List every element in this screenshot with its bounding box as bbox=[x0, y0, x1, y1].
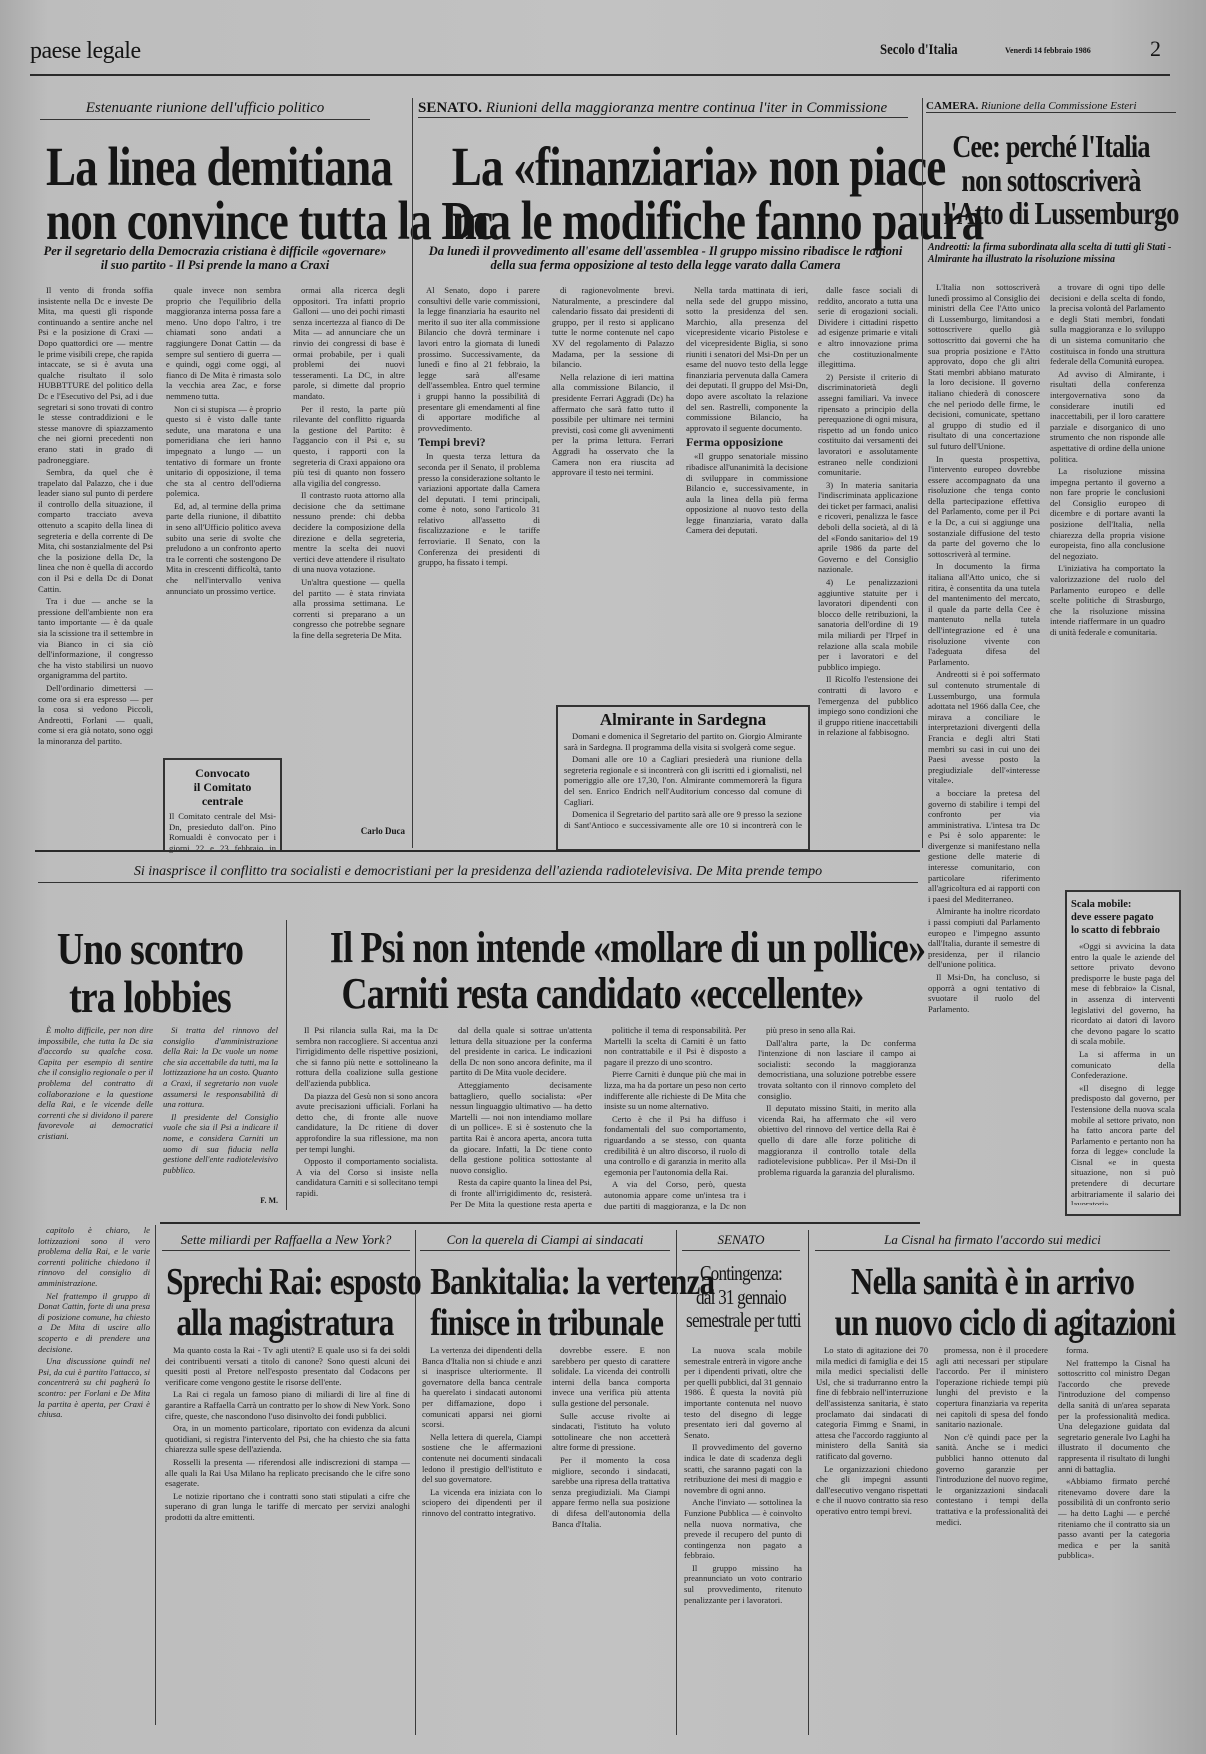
issue-date: Venerdì 14 febbraio 1986 bbox=[1005, 46, 1091, 55]
paragraph: Opposto il comportamento socialista. A v… bbox=[296, 1156, 438, 1198]
kicker-label: SENATO. bbox=[418, 100, 482, 116]
paragraph: Ad avviso di Almirante, i risultati dell… bbox=[1050, 369, 1165, 464]
paragraph: dal della quale si sottrae un'attenta le… bbox=[450, 1025, 592, 1078]
paragraph: Il Msi-Dn, ha concluso, si opporrà a ogn… bbox=[928, 972, 1040, 1014]
paragraph: Un'altra questione — quella del partito … bbox=[293, 577, 405, 641]
paragraph: «Il gruppo senatoriale missino ribadisce… bbox=[686, 451, 808, 536]
paragraph: Dell'ordinario dimettersi — come ora si … bbox=[38, 683, 153, 747]
paragraph: Si tratta del rinnovo del consiglio d'am… bbox=[163, 1025, 278, 1110]
paragraph: più preso in seno alla Rai. bbox=[758, 1025, 916, 1036]
column-divider bbox=[922, 98, 923, 848]
newspaper-name: Secolo d'Italia bbox=[880, 42, 958, 59]
paragraph: La nuova scala mobile semestrale entrerà… bbox=[684, 1345, 802, 1440]
section-rule bbox=[160, 1222, 920, 1224]
headline-line: Carniti resta candidato «eccellente» bbox=[330, 971, 875, 1017]
paragraph: Domani alle ore 10 a Cagliari presiederà… bbox=[564, 754, 802, 807]
article-headline: Bankitalia: la vertenza finisce in tribu… bbox=[430, 1262, 660, 1344]
article-column: È molto difficile, per non dire impossib… bbox=[38, 1025, 153, 1205]
convocato-box: Convocato il Comitato centrale Il Comita… bbox=[163, 758, 282, 852]
box-title: centrale bbox=[165, 794, 280, 808]
article-kicker: SENATO bbox=[682, 1232, 800, 1251]
article-kicker: Si inasprisce il conflitto tra socialist… bbox=[38, 864, 918, 883]
article-headline: La «finanziaria» non piace ma le modific… bbox=[452, 140, 878, 248]
box-title: Scala mobile: deve essere pagato lo scat… bbox=[1067, 892, 1179, 939]
article-column: promessa, non è il procedere agli atti n… bbox=[936, 1345, 1048, 1735]
kicker-text: Riunioni della maggioranza mentre contin… bbox=[486, 100, 887, 116]
section-heading: Tempi brevi? bbox=[418, 435, 540, 449]
article-column: Il Psi rilancia sulla Rai, ma la Dc semb… bbox=[296, 1025, 438, 1210]
paragraph: Per il momento la cosa migliore, secondo… bbox=[552, 1455, 670, 1529]
section-title: paese legale bbox=[30, 38, 141, 65]
headline-line: l'Atto di Lussemburgo bbox=[944, 197, 1159, 231]
article-column: ormai alla ricerca degli oppositori. Tra… bbox=[293, 285, 405, 815]
paragraph: Le organizzazioni chiedono che gli impeg… bbox=[816, 1464, 928, 1517]
paragraph: A via del Corso, però, questa autonomia … bbox=[604, 1179, 746, 1210]
paragraph: Non ci si stupisca — è proprio questo si… bbox=[166, 404, 281, 499]
column-divider bbox=[415, 1230, 416, 1735]
headline-line: Contingenza: bbox=[686, 1262, 796, 1286]
paragraph: In questa prospettiva, l'intervento euro… bbox=[928, 454, 1040, 560]
headline-line: dal 31 gennaio bbox=[686, 1286, 796, 1310]
paragraph: Resta da capire quanto la linea del Psi,… bbox=[450, 1177, 592, 1210]
paragraph: dalle fasce sociali di reddito, ancorato… bbox=[818, 285, 918, 370]
article-column: La nuova scala mobile semestrale entrerà… bbox=[684, 1345, 802, 1735]
paragraph: È molto difficile, per non dire impossib… bbox=[38, 1025, 153, 1142]
paragraph: L'Italia non sottoscriverà lunedì prossi… bbox=[928, 282, 1040, 452]
paragraph: Andreotti si è poi soffermato sul conten… bbox=[928, 669, 1040, 786]
section-rule bbox=[35, 850, 920, 852]
paragraph: promessa, non è il procedere agli atti n… bbox=[936, 1345, 1048, 1430]
section-heading: Ferma opposizione bbox=[686, 435, 808, 449]
column-divider bbox=[412, 98, 413, 848]
paragraph: In questa terza lettura da seconda per i… bbox=[418, 451, 540, 568]
paragraph: ormai alla ricerca degli oppositori. Tra… bbox=[293, 285, 405, 402]
column-divider bbox=[676, 1230, 677, 1735]
article-headline: Cee: perché l'Italia non sottoscriverà l… bbox=[944, 130, 1159, 231]
paragraph: Il Ricolfo l'estensione dei contratti di… bbox=[818, 674, 918, 738]
box-body: Il Comitato centrale del Msi-Dn, presied… bbox=[165, 808, 280, 854]
headline-line: non sottoscriverà bbox=[944, 164, 1159, 198]
headline-line: tra lobbies bbox=[52, 973, 249, 1021]
paragraph: Da piazza del Gesù non si sono ancora av… bbox=[296, 1091, 438, 1155]
article-kicker: Sette miliardi per Raffaella a New York? bbox=[162, 1232, 410, 1251]
headline-line: Cee: perché l'Italia bbox=[944, 130, 1159, 164]
article-kicker: SENATO. Riunioni della maggioranza mentr… bbox=[418, 100, 908, 118]
paragraph: «Oggi si avvicina la data entro la quale… bbox=[1071, 941, 1175, 1047]
box-title: il Comitato bbox=[165, 780, 280, 794]
paragraph: Sulle accuse rivolte ai sindacati, l'ist… bbox=[552, 1411, 670, 1453]
paragraph: Nella lettera di querela, Ciampi sostien… bbox=[422, 1432, 542, 1485]
paragraph: Anche l'inviato — sottolinea la Funzione… bbox=[684, 1497, 802, 1561]
paragraph: a bocciare la pretesa del governo di sta… bbox=[928, 788, 1040, 905]
headline-line: La «finanziaria» non piace bbox=[452, 140, 878, 194]
kicker-label: CAMERA. bbox=[926, 100, 978, 112]
column-divider bbox=[286, 920, 287, 1210]
paragraph: di ragionevolmente brevi. Naturalmente, … bbox=[552, 285, 674, 370]
headline-line: Uno scontro bbox=[52, 925, 249, 973]
paragraph: Ed, ad, al termine della prima parte del… bbox=[166, 501, 281, 596]
headline-line: semestrale per tutti bbox=[686, 1309, 796, 1333]
article-column: più preso in seno alla Rai. Dall'altra p… bbox=[758, 1025, 916, 1210]
article-kicker: La Cisnal ha firmato l'accordo sui medic… bbox=[815, 1232, 1170, 1251]
paragraph: Tra i due — anche se la pressione dell'a… bbox=[38, 596, 153, 681]
paragraph: 2) Persiste il criterio di discriminator… bbox=[818, 372, 918, 478]
paragraph: a trovare di ogni tipo delle decisioni e… bbox=[1050, 282, 1165, 367]
article-column: a trovare di ogni tipo delle decisioni e… bbox=[1050, 282, 1165, 882]
box-title-line: lo scatto di febbraio bbox=[1071, 924, 1175, 937]
article-column: forma. Nel frattempo la Cisnal ha sottos… bbox=[1058, 1345, 1170, 1735]
paragraph: Le notizie riportano che i contratti son… bbox=[165, 1491, 410, 1523]
paragraph: Il deputato missino Staiti, in merito al… bbox=[758, 1103, 916, 1177]
box-body: «Oggi si avvicina la data entro la quale… bbox=[1067, 939, 1179, 1205]
paragraph: Rosselli la presenta — riferendosi alle … bbox=[165, 1457, 410, 1489]
article-headline: Contingenza: dal 31 gennaio semestrale p… bbox=[686, 1262, 796, 1333]
headline-line: Sprechi Rai: esposto bbox=[166, 1262, 404, 1303]
article-column: Lo stato di agitazione dei 70 mila medic… bbox=[816, 1345, 928, 1735]
paragraph: Pierre Carniti è dunque più che mai in l… bbox=[604, 1069, 746, 1111]
box-title-line: Scala mobile: bbox=[1071, 898, 1175, 911]
column-divider bbox=[808, 1230, 809, 1735]
box-title: Almirante in Sardegna bbox=[558, 713, 808, 727]
headline-line: ma le modifiche fanno paura bbox=[452, 194, 878, 248]
article-headline: Uno scontro tra lobbies bbox=[52, 925, 249, 1022]
paragraph: La si afferma in un comunicato della Con… bbox=[1071, 1049, 1175, 1081]
paragraph: Il gruppo missino ha preannunciato un vo… bbox=[684, 1563, 802, 1605]
paragraph: Nella relazione di ieri mattina alla com… bbox=[552, 372, 674, 478]
paragraph: Ma quanto costa la Rai - Tv agli utenti?… bbox=[165, 1345, 410, 1387]
article-column: La vertenza dei dipendenti della Banca d… bbox=[422, 1345, 542, 1735]
column-divider bbox=[155, 1225, 156, 1725]
paragraph: politiche il tema di responsabilità. Per… bbox=[604, 1025, 746, 1067]
paragraph: Nella tarda mattinata di ieri, nella sed… bbox=[686, 285, 808, 433]
article-column: Si tratta del rinnovo del consiglio d'am… bbox=[163, 1025, 278, 1195]
article-column: Nella tarda mattinata di ieri, nella sed… bbox=[686, 285, 808, 700]
paragraph: Almirante ha inoltre ricordato i passi c… bbox=[928, 906, 1040, 970]
masthead-rule bbox=[30, 74, 1170, 76]
paragraph: Per il resto, la parte più rilevante del… bbox=[293, 404, 405, 489]
paragraph: Ora, in un momento particolare, riportat… bbox=[165, 1423, 410, 1455]
paragraph: Non c'è quindi pace per la sanità. Anche… bbox=[936, 1432, 1048, 1527]
article-subhead: Per il segretario della Democrazia crist… bbox=[40, 244, 390, 272]
article-column: di ragionevolmente brevi. Naturalmente, … bbox=[552, 285, 674, 700]
article-column: L'Italia non sottoscriverà lunedì prossi… bbox=[928, 282, 1040, 1342]
article-column: Al Senato, dopo i parere consultivi dell… bbox=[418, 285, 540, 725]
article-column: dalle fasce sociali di reddito, ancorato… bbox=[818, 285, 918, 845]
paragraph: Certo è che il Psi ha diffuso i fondamen… bbox=[604, 1114, 746, 1178]
paragraph: L'iniziativa ha comportato la valorizzaz… bbox=[1050, 563, 1165, 637]
paragraph: Il vento di fronda soffia insistente nel… bbox=[38, 285, 153, 465]
paragraph: Una discussione quindi nel Psi, da cui è… bbox=[38, 1356, 150, 1420]
article-column: Ma quanto costa la Rai - Tv agli utenti?… bbox=[165, 1345, 410, 1735]
article-headline: Il Psi non intende «mollare di un pollic… bbox=[330, 925, 875, 1017]
article-kicker: Estenuante riunione dell'ufficio politic… bbox=[40, 100, 370, 120]
box-body: Domani e domenica il Segretario del part… bbox=[558, 731, 808, 831]
headline-line: La linea demitiana bbox=[46, 140, 374, 194]
paragraph: Il contrasto ruota attorno alla decision… bbox=[293, 490, 405, 575]
box-title-line: deve essere pagato bbox=[1071, 911, 1175, 924]
scala-mobile-box: Scala mobile: deve essere pagato lo scat… bbox=[1065, 890, 1181, 1216]
headline-line: Il Psi non intende «mollare di un pollic… bbox=[330, 925, 875, 971]
article-kicker: Con la querela di Ciampi ai sindacati bbox=[420, 1232, 670, 1251]
paragraph: dovrebbe essere. E non sarebbero per que… bbox=[552, 1345, 670, 1409]
article-headline: Nella sanità è in arrivo un nuovo ciclo … bbox=[835, 1262, 1151, 1344]
paragraph: Atteggiamento decisamente battagliero, q… bbox=[450, 1080, 592, 1175]
paragraph: Domenica il Segretario del partito sarà … bbox=[564, 809, 802, 831]
paragraph: Il Psi rilancia sulla Rai, ma la Dc semb… bbox=[296, 1025, 438, 1089]
article-column: politiche il tema di responsabilità. Per… bbox=[604, 1025, 746, 1210]
page-number: 2 bbox=[1150, 36, 1161, 62]
paragraph: capitolo è chiaro, le lottizzazioni sono… bbox=[38, 1225, 150, 1289]
paragraph: 4) Le penalizzazioni aggiuntive statuite… bbox=[818, 577, 918, 672]
headline-line: Nella sanità è in arrivo bbox=[835, 1262, 1151, 1303]
article-subhead: Andreotti: la firma subordinata alla sce… bbox=[928, 242, 1173, 266]
newspaper-page: paese legale Secolo d'Italia Venerdì 14 … bbox=[0, 0, 1206, 1754]
paragraph: Domani e domenica il Segretario del part… bbox=[564, 731, 802, 752]
article-headline: La linea demitiana non convince tutta la… bbox=[46, 140, 374, 248]
article-headline: Sprechi Rai: esposto alla magistratura bbox=[166, 1262, 404, 1344]
paragraph: La Rai ci regala un famoso piano di mili… bbox=[165, 1389, 410, 1421]
paragraph: Sembra, da quel che è trapelato dal Pala… bbox=[38, 467, 153, 594]
article-column: dal della quale si sottrae un'attenta le… bbox=[450, 1025, 592, 1210]
article-column: quale invece non sembra proprio che l'eq… bbox=[166, 285, 281, 725]
headline-line: Bankitalia: la vertenza bbox=[430, 1262, 660, 1303]
paragraph: quale invece non sembra proprio che l'eq… bbox=[166, 285, 281, 402]
paragraph: 3) In materia sanitaria l'indiscriminata… bbox=[818, 480, 918, 575]
paragraph: Dall'altra parte, la Dc conferma l'inten… bbox=[758, 1038, 916, 1102]
paragraph: Il presidente del Consiglio vuole che si… bbox=[163, 1112, 278, 1176]
paragraph: Lo stato di agitazione dei 70 mila medic… bbox=[816, 1345, 928, 1462]
paragraph: In documento la firma italiana all'Atto … bbox=[928, 561, 1040, 667]
paragraph: Al Senato, dopo i parere consultivi dell… bbox=[418, 285, 540, 433]
paragraph: Il provvedimento del governo indica le d… bbox=[684, 1442, 802, 1495]
paragraph: Nel frattempo la Cisnal ha sottoscritto … bbox=[1058, 1358, 1170, 1475]
headline-line: un nuovo ciclo di agitazioni bbox=[835, 1303, 1151, 1344]
paragraph: La vertenza dei dipendenti della Banca d… bbox=[422, 1345, 542, 1430]
article-column: dovrebbe essere. E non sarebbero per que… bbox=[552, 1345, 670, 1735]
article-subhead: Da lunedì il provvedimento all'esame del… bbox=[418, 244, 913, 272]
article-column: capitolo è chiaro, le lottizzazioni sono… bbox=[38, 1225, 150, 1725]
headline-line: non convince tutta la Dc bbox=[46, 194, 374, 248]
paragraph: «Abbiamo firmato perché ritenevamo dover… bbox=[1058, 1476, 1170, 1561]
kicker-text: Riunione della Commissione Esteri bbox=[981, 100, 1137, 112]
article-column: Il vento di fronda soffia insistente nel… bbox=[38, 285, 153, 823]
paragraph: La risoluzione missina impegna pertanto … bbox=[1050, 466, 1165, 561]
paragraph: «Il disegno di legge predisposto dal gov… bbox=[1071, 1083, 1175, 1205]
almirante-box: Almirante in Sardegna Domani e domenica … bbox=[556, 705, 810, 851]
paragraph: Nel frattempo il gruppo di Donat Cattin,… bbox=[38, 1291, 150, 1355]
paragraph: La vicenda era iniziata con lo sciopero … bbox=[422, 1487, 542, 1519]
article-kicker: CAMERA. Riunione della Commissione Ester… bbox=[926, 100, 1176, 113]
headline-line: alla magistratura bbox=[166, 1303, 404, 1344]
byline: Carlo Duca bbox=[293, 826, 405, 836]
byline: F. M. bbox=[163, 1196, 278, 1205]
headline-line: finisce in tribunale bbox=[430, 1303, 660, 1344]
paragraph: forma. bbox=[1058, 1345, 1170, 1356]
box-title: Convocato bbox=[165, 766, 280, 780]
